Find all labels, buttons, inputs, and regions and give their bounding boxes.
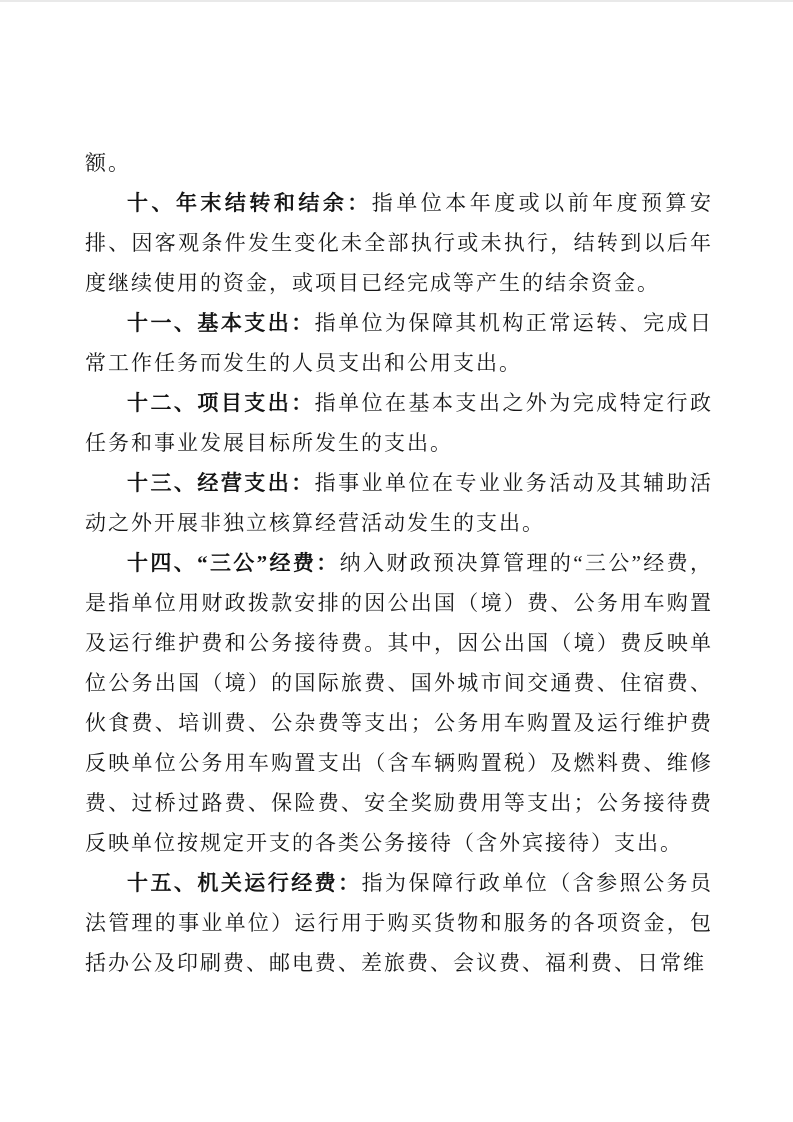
paragraph-term-12: 十二、项目支出：指单位在基本支出之外为完成特定行政任务和事业发展目标所发生的支出… (85, 383, 713, 463)
term-heading-agency-operating-funds: 十五、机关运行经费： (127, 871, 362, 895)
paragraph-term-11: 十一、基本支出：指单位为保障其机构正常运转、完成日常工作任务而发生的人员支出和公… (85, 303, 713, 383)
term-heading-project-expenditure: 十二、项目支出： (127, 391, 315, 415)
document-page: 额。 十、年末结转和结余：指单位本年度或以前年度预算安排、因客观条件发生变化未全… (0, 0, 793, 1122)
term-heading-basic-expenditure: 十一、基本支出： (127, 311, 315, 335)
paragraph-continuation: 额。 (85, 143, 713, 183)
paragraph-term-13: 十三、经营支出：指事业单位在专业业务活动及其辅助活动之外开展非独立核算经营活动发… (85, 463, 713, 543)
paragraph-term-15: 十五、机关运行经费：指为保障行政单位（含参照公务员法管理的事业单位）运行用于购买… (85, 863, 713, 983)
page-content: 额。 十、年末结转和结余：指单位本年度或以前年度预算安排、因客观条件发生变化未全… (85, 143, 713, 983)
paragraph-term-10: 十、年末结转和结余：指单位本年度或以前年度预算安排、因客观条件发生变化未全部执行… (85, 183, 713, 303)
paragraph-term-14: 十四、“三公”经费：纳入财政预决算管理的“三公”经费，是指单位用财政拨款安排的因… (85, 543, 713, 863)
term-definition: 纳入财政预决算管理的“三公”经费，是指单位用财政拨款安排的因公出国（境）费、公务… (85, 551, 713, 855)
term-heading-three-public-funds: 十四、“三公”经费： (127, 551, 340, 575)
term-heading-year-end-carryover: 十、年末结转和结余： (127, 191, 372, 215)
term-heading-operating-expenditure: 十三、经营支出： (127, 471, 315, 495)
